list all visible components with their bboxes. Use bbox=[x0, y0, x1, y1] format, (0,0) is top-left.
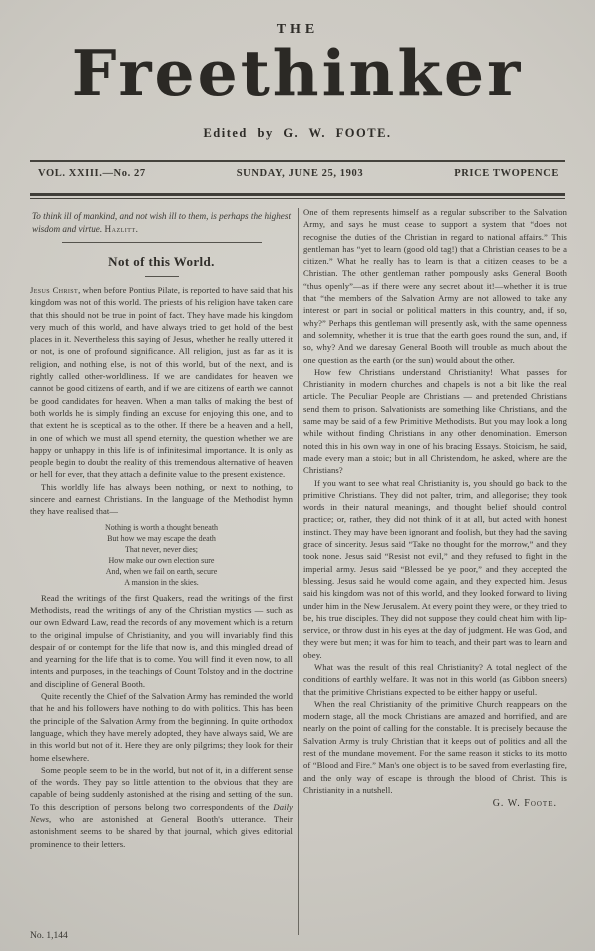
article-paragraph: When the real Christianity of the primit… bbox=[303, 698, 567, 796]
left-column: To think ill of mankind, and not wish il… bbox=[30, 206, 293, 945]
epigraph: To think ill of mankind, and not wish il… bbox=[32, 210, 291, 235]
hymn-line: But how we may escape the death bbox=[30, 533, 293, 544]
epigraph-attribution: Hazlitt. bbox=[104, 224, 138, 234]
hymn-line: And, when we fail on earth, secure bbox=[30, 566, 293, 577]
article-paragraph: This worldly life has always been nothin… bbox=[30, 481, 293, 518]
article-paragraph: What was the result of this real Christi… bbox=[303, 661, 567, 698]
hymn-block: Nothing is worth a thought beneath But h… bbox=[30, 522, 293, 588]
article-paragraph: Quite recently the Chief of the Salvatio… bbox=[30, 690, 293, 764]
hymn-line: Nothing is worth a thought beneath bbox=[30, 522, 293, 533]
volume-number: VOL. XXIII.—No. 27 bbox=[38, 168, 146, 179]
author-signature: G. W. Foote. bbox=[303, 798, 567, 809]
paragraph-lead: Jesus Christ bbox=[30, 285, 78, 295]
article-paragraph: One of them represents himself as a regu… bbox=[303, 206, 567, 366]
article-paragraph: Read the writings of the first Quakers, … bbox=[30, 592, 293, 690]
masthead-byline: Edited by G. W. FOOTE. bbox=[0, 126, 595, 141]
article-paragraph: How few Christians understand Christiani… bbox=[303, 366, 567, 477]
issue-line: VOL. XXIII.—No. 27 SUNDAY, JUNE 25, 1903… bbox=[38, 168, 559, 179]
issue-price: PRICE TWOPENCE bbox=[454, 168, 559, 179]
article-columns: To think ill of mankind, and not wish il… bbox=[30, 206, 567, 945]
issue-date: SUNDAY, JUNE 25, 1903 bbox=[237, 168, 363, 179]
hymn-line: A mansion in the skies. bbox=[30, 577, 293, 588]
right-column: One of them represents himself as a regu… bbox=[303, 206, 567, 945]
column-divider bbox=[298, 208, 299, 935]
newspaper-page: THE Freethinker Edited by G. W. FOOTE. V… bbox=[0, 0, 595, 951]
hymn-line: That never, never dies; bbox=[30, 544, 293, 555]
issue-line-rule bbox=[30, 193, 565, 199]
hymn-line: How make our own election sure bbox=[30, 555, 293, 566]
issue-number: No. 1,144 bbox=[30, 931, 68, 941]
epigraph-divider bbox=[62, 242, 262, 243]
paragraph-text: Some people seem to be in the world, but… bbox=[30, 765, 293, 812]
article-paragraph: Jesus Christ, when before Pontius Pilate… bbox=[30, 284, 293, 481]
masthead-rule bbox=[30, 160, 565, 162]
article-title: Not of this World. bbox=[30, 254, 293, 270]
masthead-title: Freethinker bbox=[0, 40, 595, 106]
title-divider bbox=[145, 276, 179, 277]
article-paragraph: Some people seem to be in the world, but… bbox=[30, 764, 293, 850]
epigraph-text: To think ill of mankind, and not wish il… bbox=[32, 211, 291, 234]
article-paragraph: If you want to see what real Christianit… bbox=[303, 477, 567, 661]
paragraph-text: , who are astonished at General Booth's … bbox=[30, 814, 293, 849]
paragraph-text: , when before Pontius Pilate, is reporte… bbox=[30, 285, 293, 479]
